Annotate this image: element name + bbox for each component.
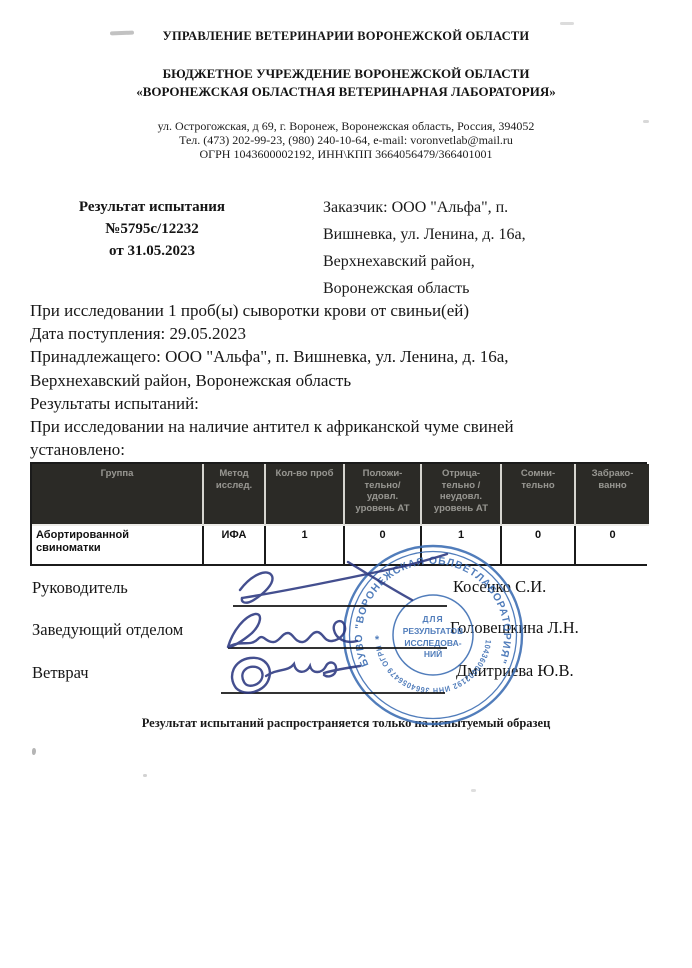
stamp-center-line-2: РЕЗУЛЬТАТОВ — [403, 626, 464, 636]
body-text: При исследовании 1 проб(ы) сыворотки кро… — [30, 299, 680, 461]
table-cell-group: Абортированной свиноматки — [32, 526, 204, 564]
scan-artifact — [471, 789, 476, 792]
table-header-doubtful: Сомни- тельно — [502, 464, 576, 526]
signer-label-veterinarian: Ветврач — [32, 663, 89, 683]
table-header-sample-count: Кол-во проб — [266, 464, 345, 526]
table-cell-rejected: 0 — [576, 526, 649, 564]
table-header-negative: Отрица- тельно / неудовл. уровень АТ — [422, 464, 502, 526]
signer-label-director: Руководитель — [32, 578, 128, 598]
signature-lines — [221, 606, 447, 693]
table-header-positive: Положи- тельно/ удовл. уровень АТ — [345, 464, 422, 526]
stamp-center-line-1: ДЛЯ — [422, 614, 443, 624]
scan-artifact — [143, 774, 147, 777]
customer-block: Заказчик: ООО "Альфа", п. Вишневка, ул. … — [323, 194, 593, 302]
signature-head-of-department — [228, 614, 357, 647]
institution-name: БЮДЖЕТНОЕ УЧРЕЖДЕНИЕ ВОРОНЕЖСКОЙ ОБЛАСТИ… — [0, 65, 692, 100]
signature-director — [240, 554, 447, 603]
result-title-block: Результат испытания №5795с/12232 от 31.0… — [57, 196, 247, 262]
scan-artifact — [560, 22, 574, 25]
stamp-center-line-3: ИССЛЕДОВА- — [404, 638, 461, 648]
signer-label-head-of-department: Заведующий отделом — [32, 620, 183, 640]
table-header-method: Метод исслед. — [204, 464, 266, 526]
stamp-and-signatures-overlay: БУВО "ВОРОНЕЖСКАЯ ОБЛВЕТЛАБОРАТОРИЯ" 104… — [200, 540, 560, 740]
table-header-rejected: Забрако- ванно — [576, 464, 649, 526]
table-header-group: Группа — [32, 464, 204, 526]
handwritten-signatures — [228, 554, 447, 693]
signature-veterinarian — [232, 658, 360, 693]
address-block: ул. Острогожская, д 69, г. Воронеж, Воро… — [0, 119, 692, 162]
stamp-star: * — [375, 634, 380, 646]
scanned-document-page: УПРАВЛЕНИЕ ВЕТЕРИНАРИИ ВОРОНЕЖСКОЙ ОБЛАС… — [0, 0, 692, 968]
scan-artifact — [32, 748, 36, 755]
stamp-center-line-4: НИЙ — [424, 648, 442, 659]
department-name: УПРАВЛЕНИЕ ВЕТЕРИНАРИИ ВОРОНЕЖСКОЙ ОБЛАС… — [0, 29, 692, 44]
